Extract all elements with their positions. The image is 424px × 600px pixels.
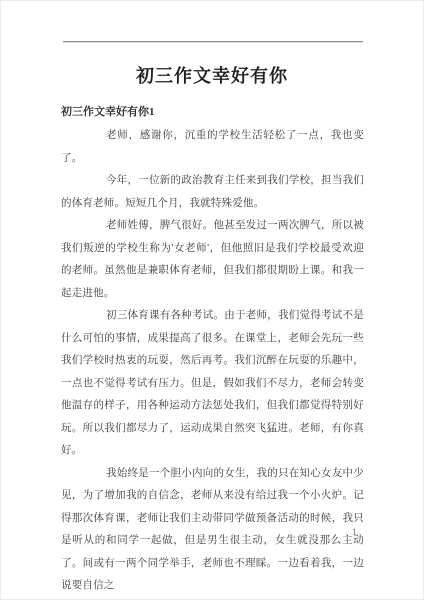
document-title: 初三作文幸好有你 bbox=[1, 64, 423, 88]
paragraph: 老师，感谢你，沉重的学校生活轻松了一点，我也变了。 bbox=[61, 125, 364, 170]
paragraph: 初三体育课有各种考试。由于老师，我们觉得考试不是什么可怕的事情，成果提高了很多。… bbox=[61, 305, 364, 463]
header-divider bbox=[63, 41, 363, 42]
section-heading: 初三作文幸好有你1 bbox=[61, 105, 155, 120]
paragraph: 我始终是一个胆小内向的女生，我的只在知心女友中少见，为了增加我的自信念，老师从来… bbox=[61, 463, 364, 598]
page-number: 1 bbox=[352, 527, 357, 538]
document-page: 初三作文幸好有你 初三作文幸好有你1 老师，感谢你，沉重的学校生活轻松了一点，我… bbox=[0, 0, 424, 600]
paragraph: 老师姓傅，脾气很好。他甚至发过一两次脾气，所以被我们叛逆的学校生称为'女老师'，… bbox=[61, 215, 364, 305]
paragraph: 今年，一位新的政治教育主任来到我们学校，担当我们的体育老师。短短几个月，我就特殊… bbox=[61, 170, 364, 215]
document-body: 老师，感谢你，沉重的学校生活轻松了一点，我也变了。 今年，一位新的政治教育主任来… bbox=[61, 125, 364, 598]
